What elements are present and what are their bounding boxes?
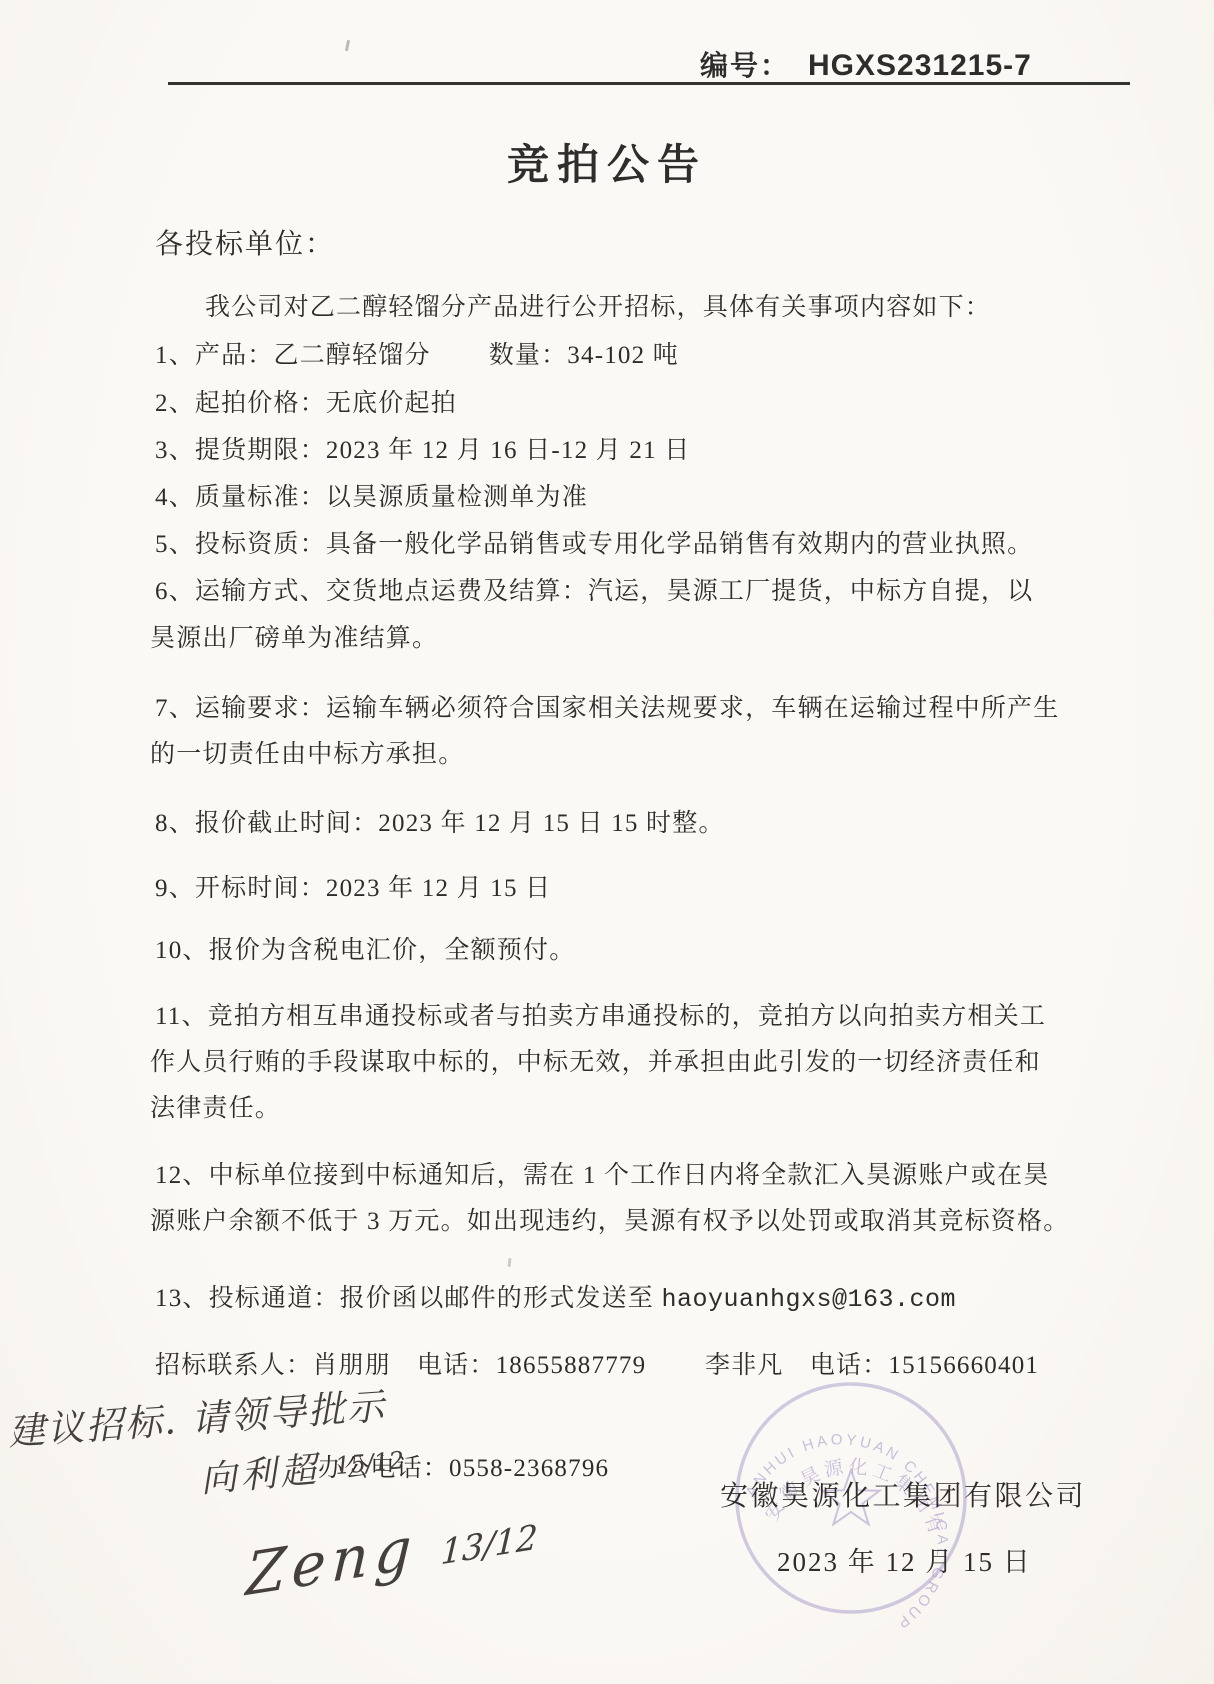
body-line: 6、运输方式、交货地点运费及结算：汽运，昊源工厂提货，中标方自提，以	[155, 571, 1033, 607]
document-date: 2023 年 12 月 15 日	[777, 1540, 1032, 1579]
scan-speck	[508, 1258, 512, 1267]
handwritten-signature-2: Zeng 13/12	[244, 1494, 540, 1610]
signature2-date: 13/12	[440, 1517, 539, 1573]
body-line: 13、投标通道：报价函以邮件的形式发送至 haoyuanhgxs@163.com	[155, 1278, 956, 1314]
contact-right: 李非凡 电话：15156660401	[705, 1345, 1039, 1381]
body-line: 2、起拍价格：无底价起拍	[155, 383, 457, 419]
body-line: 1、产品：乙二醇轻馏分数量：34-102 吨	[155, 335, 679, 371]
doc-number-value: HGXS231215-7	[808, 49, 1032, 82]
doc-number-label: 编号：	[700, 50, 790, 81]
body-line: 12、中标单位接到中标通知后，需在 1 个工作日内将全款汇入昊源账户或在昊	[155, 1155, 1049, 1191]
body-line: 10、报价为含税电汇价，全额预付。	[155, 930, 575, 966]
doc-number: 编号：HGXS231215-7	[700, 44, 1032, 84]
seal-english-text: ANHUI HAOYUAN CHEMICAL GROUP CO., LTD.	[743, 1431, 951, 1628]
handwritten-signature-1: 向利超 15/12	[198, 1434, 406, 1503]
signature2-name: Zeng	[244, 1513, 419, 1610]
signature1-name: 向利超	[199, 1450, 322, 1501]
email-address: haoyuanhgxs@163.com	[661, 1285, 956, 1314]
body-line: 8、报价截止时间：2023 年 12 月 15 日 15 时整。	[155, 803, 725, 839]
body-line: 5、投标资质：具备一般化学品销售或专用化学品销售有效期内的营业执照。	[155, 524, 1033, 560]
seal-chinese-text: 安徽昊源化工集团有限公司	[721, 1368, 948, 1540]
body-line: 4、质量标准：以昊源质量检测单为准	[155, 477, 588, 513]
body-line: 的一切责任由中标方承担。	[150, 734, 464, 770]
body-line: 源账户余额不低于 3 万元。如出现违约，昊源有权予以处罚或取消其竞标资格。	[150, 1201, 1069, 1237]
body-line: 昊源出厂磅单为准结算。	[150, 618, 438, 654]
scan-speck	[345, 40, 350, 51]
body-line: 法律责任。	[150, 1088, 281, 1124]
body-line: 11、竞拍方相互串通投标或者与拍卖方串通投标的，竞拍方以向拍卖方相关工	[155, 996, 1046, 1032]
body-line: 各投标单位：	[155, 222, 335, 262]
contact-left: 招标联系人：肖朋朋 电话：18655887779	[155, 1345, 646, 1381]
document-page: 编号：HGXS231215-7 竞拍公告 各投标单位：我公司对乙二醇轻馏分产品进…	[0, 0, 1214, 1684]
body-line: 3、提货期限：2023 年 12 月 16 日-12 月 21 日	[155, 430, 690, 466]
header-rule	[168, 82, 1130, 85]
body-line: 我公司对乙二醇轻馏分产品进行公开招标，具体有关事项内容如下：	[205, 287, 991, 323]
body-line: 7、运输要求：运输车辆必须符合国家相关法规要求，车辆在运输过程中所产生	[155, 688, 1060, 724]
body-line: 作人员行贿的手段谋取中标的，中标无效，并承担由此引发的一切经济责任和	[150, 1042, 1041, 1078]
page-title: 竞拍公告	[0, 132, 1214, 192]
signature1-date: 15/12	[334, 1446, 405, 1480]
company-name: 安徽昊源化工集团有限公司	[720, 1474, 1086, 1514]
body-line: 9、开标时间：2023 年 12 月 15 日	[155, 868, 551, 904]
